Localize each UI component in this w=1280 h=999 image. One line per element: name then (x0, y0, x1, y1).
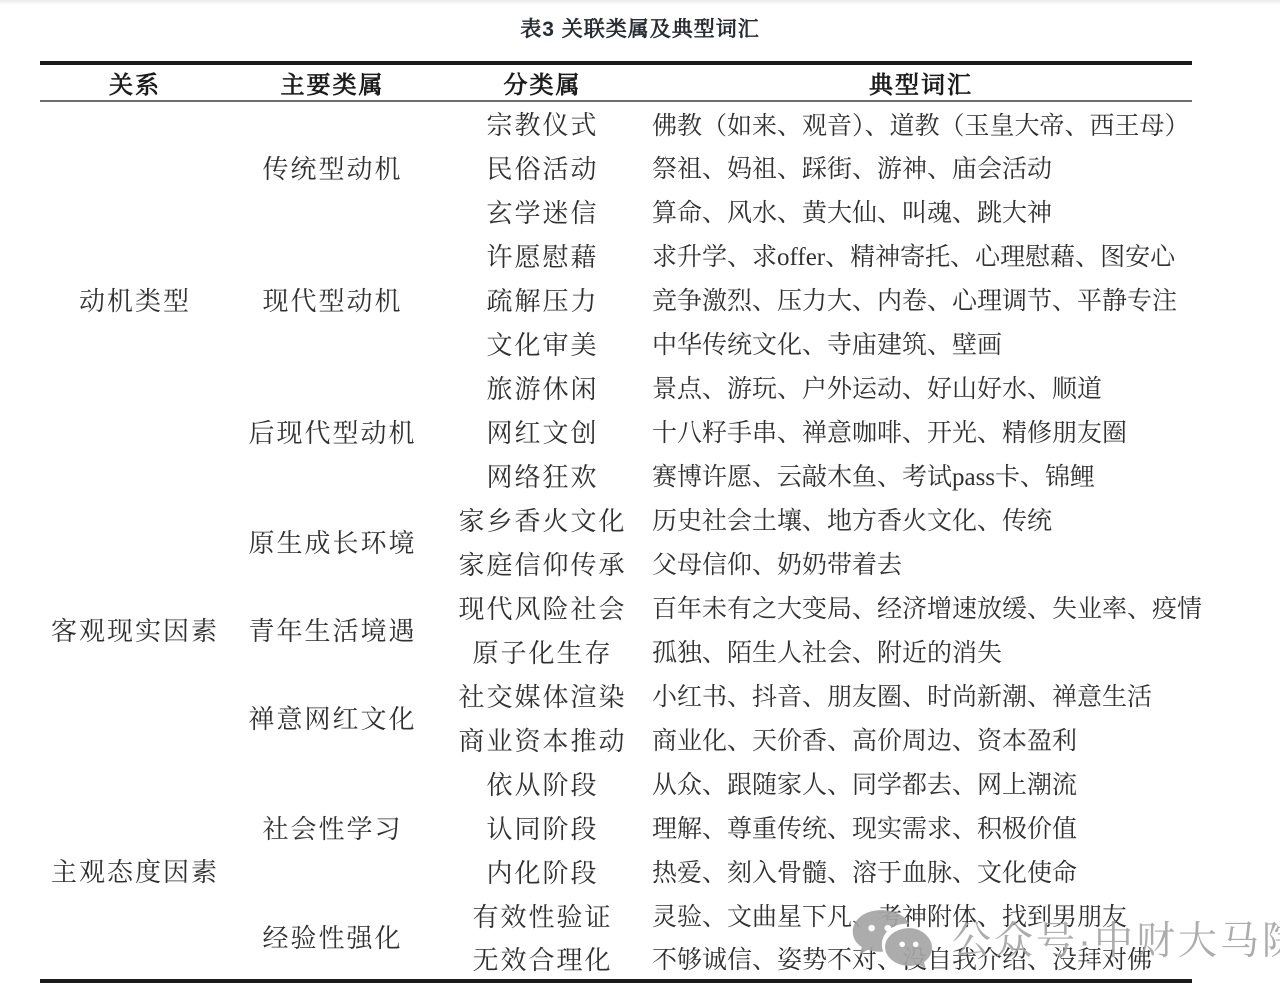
sub-category-cell: 现代风险社会 (435, 585, 650, 629)
sub-category-cell: 原子化生存 (435, 629, 650, 673)
typical-words-cell: 灵验、文曲星下凡、考神附体、找到男朋友 (650, 893, 1192, 937)
typical-words-cell: 祭祖、妈祖、踩街、游神、庙会活动 (650, 145, 1192, 189)
header-row: 关系 主要类属 分类属 典型词汇 (40, 63, 1192, 101)
typical-words-cell: 热爱、刻入骨髓、溶于血脉、文化使命 (650, 849, 1192, 893)
sub-category-cell: 宗教仪式 (435, 101, 650, 145)
typical-words-cell: 理解、尊重传统、现实需求、积极价值 (650, 805, 1192, 849)
typical-words-cell: 十八籽手串、禅意咖啡、开光、精修朋友圈 (650, 409, 1192, 453)
typical-words-cell: 佛教（如来、观音）、道教（玉皇大帝、西王母） (650, 101, 1192, 145)
main-category-cell: 青年生活境遇 (230, 585, 435, 673)
main-category-cell: 传统型动机 (230, 101, 435, 233)
sub-category-cell: 无效合理化 (435, 937, 650, 981)
sub-category-cell: 玄学迷信 (435, 189, 650, 233)
header-typical-words: 典型词汇 (650, 63, 1192, 101)
sub-category-cell: 旅游休闲 (435, 365, 650, 409)
main-category-cell: 后现代型动机 (230, 365, 435, 497)
typical-words-cell: 中华传统文化、寺庙建筑、壁画 (650, 321, 1192, 365)
typical-words-cell: 百年未有之大变局、经济增速放缓、失业率、疫情 (650, 585, 1192, 629)
sub-category-cell: 认同阶段 (435, 805, 650, 849)
main-category-cell: 原生成长环境 (230, 497, 435, 585)
typical-words-cell: 算命、风水、黄大仙、叫魂、跳大神 (650, 189, 1192, 233)
relation-cell: 客观现实因素 (40, 497, 230, 761)
typical-words-cell: 赛博许愿、云敲木鱼、考试pass卡、锦鲤 (650, 453, 1192, 497)
sub-category-cell: 依从阶段 (435, 761, 650, 805)
sub-category-cell: 家庭信仰传承 (435, 541, 650, 585)
table-container: 关系 主要类属 分类属 典型词汇 动机类型传统型动机宗教仪式佛教（如来、观音）、… (40, 61, 1192, 983)
sub-category-cell: 疏解压力 (435, 277, 650, 321)
typical-words-cell: 竞争激烈、压力大、内卷、心理调节、平静专注 (650, 277, 1192, 321)
sub-category-cell: 内化阶段 (435, 849, 650, 893)
page-top-band (0, 0, 1280, 5)
header-relation: 关系 (40, 63, 230, 101)
table-row: 动机类型传统型动机宗教仪式佛教（如来、观音）、道教（玉皇大帝、西王母） (40, 101, 1192, 145)
main-category-cell: 社会性学习 (230, 761, 435, 893)
table-row: 客观现实因素原生成长环境家乡香火文化历史社会土壤、地方香火文化、传统 (40, 497, 1192, 541)
typical-words-cell: 父母信仰、奶奶带着去 (650, 541, 1192, 585)
sub-category-cell: 文化审美 (435, 321, 650, 365)
sub-category-cell: 网络狂欢 (435, 453, 650, 497)
sub-category-cell: 家乡香火文化 (435, 497, 650, 541)
typical-words-cell: 求升学、求offer、精神寄托、心理慰藉、图安心 (650, 233, 1192, 277)
sub-category-cell: 网红文创 (435, 409, 650, 453)
header-sub-category: 分类属 (435, 63, 650, 101)
typical-words-cell: 历史社会土壤、地方香火文化、传统 (650, 497, 1192, 541)
typical-words-cell: 商业化、天价香、高价周边、资本盈利 (650, 717, 1192, 761)
typical-words-cell: 不够诚信、姿势不对、没自我介绍、没拜对佛 (650, 937, 1192, 981)
table-title: 表3 关联类属及典型词汇 (0, 13, 1280, 43)
main-category-cell: 禅意网红文化 (230, 673, 435, 761)
category-table: 关系 主要类属 分类属 典型词汇 动机类型传统型动机宗教仪式佛教（如来、观音）、… (40, 61, 1192, 983)
typical-words-cell: 小红书、抖音、朋友圈、时尚新潮、禅意生活 (650, 673, 1192, 717)
typical-words-cell: 景点、游玩、户外运动、好山好水、顺道 (650, 365, 1192, 409)
main-category-cell: 经验性强化 (230, 893, 435, 981)
sub-category-cell: 社交媒体渲染 (435, 673, 650, 717)
sub-category-cell: 商业资本推动 (435, 717, 650, 761)
sub-category-cell: 有效性验证 (435, 893, 650, 937)
main-category-cell: 现代型动机 (230, 233, 435, 365)
table-row: 主观态度因素社会性学习依从阶段从众、跟随家人、同学都去、网上潮流 (40, 761, 1192, 805)
typical-words-cell: 孤独、陌生人社会、附近的消失 (650, 629, 1192, 673)
relation-cell: 动机类型 (40, 101, 230, 497)
header-main-category: 主要类属 (230, 63, 435, 101)
sub-category-cell: 许愿慰藉 (435, 233, 650, 277)
typical-words-cell: 从众、跟随家人、同学都去、网上潮流 (650, 761, 1192, 805)
sub-category-cell: 民俗活动 (435, 145, 650, 189)
relation-cell: 主观态度因素 (40, 761, 230, 981)
